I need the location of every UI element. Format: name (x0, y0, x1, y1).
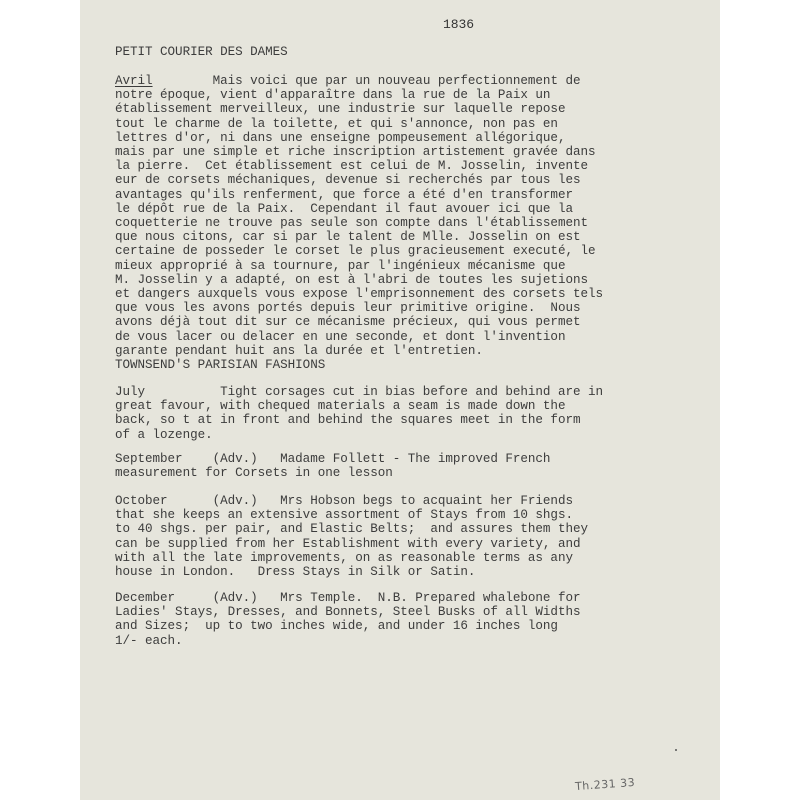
entry-july: July Tight corsages cut in bias before a… (115, 385, 603, 442)
section-title-petit-courier: PETIT COURIER DES DAMES (115, 45, 288, 59)
entry-text: Mais voici que par un nouveau perfection… (115, 74, 603, 358)
entry-month-label: Avril (115, 74, 153, 88)
entry-avril: Avril Mais voici que par un nouveau perf… (115, 74, 603, 358)
page-year: 1836 (443, 18, 474, 32)
ink-speck (675, 749, 677, 751)
entry-december: December (Adv.) Mrs Temple. N.B. Prepare… (115, 591, 580, 648)
section-title-townsend: TOWNSEND'S PARISIAN FASHIONS (115, 358, 325, 372)
entry-october: October (Adv.) Mrs Hobson begs to acquai… (115, 494, 588, 579)
entry-september: September (Adv.) Madame Follett - The im… (115, 452, 550, 480)
